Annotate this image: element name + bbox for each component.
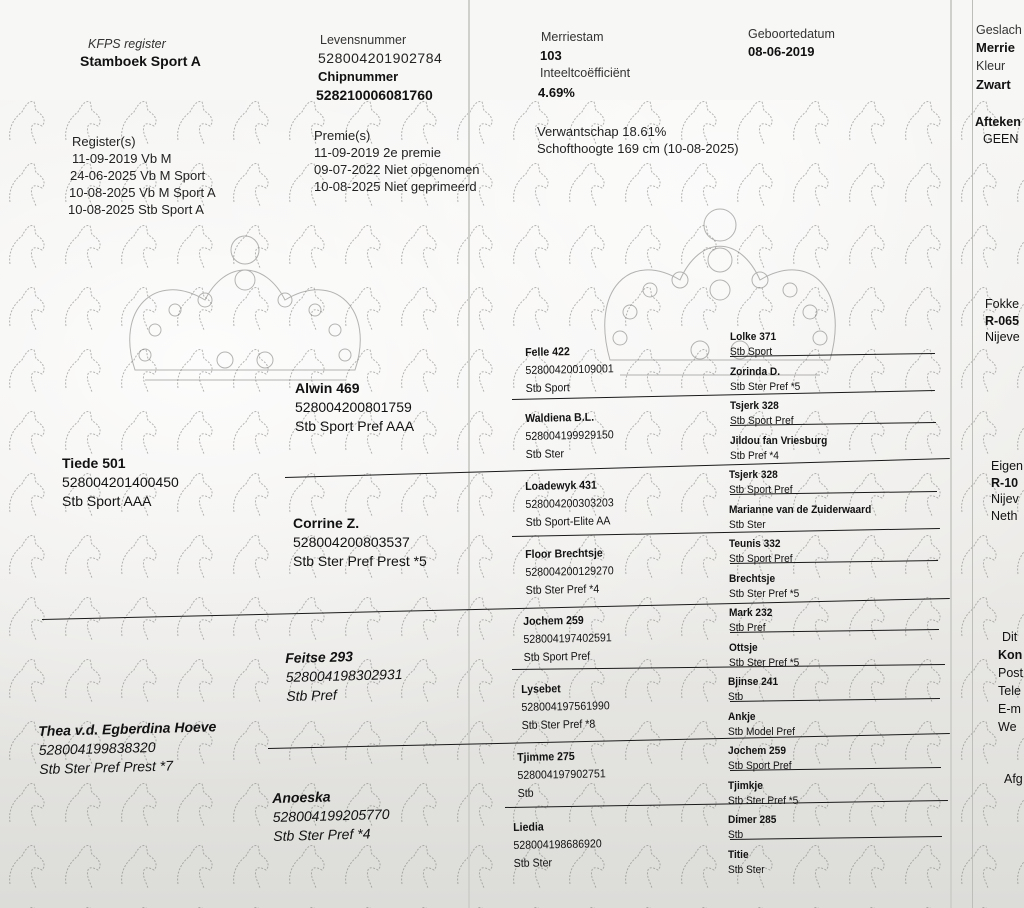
gen3-horse: Waldiena B.L.528004199929150Stb Ster — [525, 408, 614, 464]
gen4-name: Tsjerk 328 — [729, 468, 793, 483]
gen4-name: Ankje — [728, 710, 795, 725]
register-label: KFPS register — [88, 37, 166, 51]
gen3-number: 528004197561990 — [521, 697, 610, 717]
schofthoogte: Schofthoogte 169 cm (10-08-2025) — [537, 140, 739, 157]
registers-section: Register(s) 11-09-2019 Vb M 24-06-2025 V… — [72, 133, 216, 218]
dam-dam-predicate: Stb Ster Pref *4 — [273, 824, 390, 846]
gen4-predicate: Stb Sport Pref — [728, 759, 792, 774]
registers-title: Register(s) — [72, 133, 216, 150]
gen3-horse: Floor Brechtsje528004200129270Stb Ster P… — [525, 544, 614, 600]
geboortedatum-value: 08-06-2019 — [748, 44, 815, 59]
gen4-name: Bjinse 241 — [728, 675, 778, 690]
gen4-predicate: Stb Pref — [729, 621, 772, 636]
register-item: 10-08-2025 Stb Sport A — [68, 201, 216, 218]
premie-item: 10-08-2025 Niet geprimeerd — [314, 178, 480, 195]
gen3-name: Jochem 259 — [523, 611, 612, 631]
crown-watermark-icon — [115, 230, 375, 400]
levensnummer-label: Levensnummer — [320, 33, 406, 47]
gen3-number: 528004198686920 — [513, 835, 602, 855]
verwantschap: Verwantschap 18.61% — [537, 123, 739, 140]
gen4-name: Lolke 371 — [730, 330, 776, 345]
gen3-name: Felle 422 — [525, 342, 614, 362]
gen4-name: Tsjerk 328 — [730, 399, 794, 414]
gen3-predicate: Stb Ster — [526, 444, 615, 464]
gen3-horse: Liedia528004198686920Stb Ster — [513, 817, 602, 873]
premie-item: 09-07-2022 Niet opgenomen — [314, 161, 480, 178]
footer-line: Dit — [1002, 628, 1023, 646]
sire-sire-name: Alwin 469 — [295, 379, 414, 398]
afgifte-label: Afg — [1004, 771, 1023, 788]
gen4-name: Jildou fan Vriesburg — [730, 434, 827, 449]
kleur-label: Kleur — [976, 59, 1005, 73]
gen3-name: Lysebet — [521, 679, 610, 699]
sire-sire-number: 528004200801759 — [295, 398, 414, 417]
footer-line: E-m — [998, 700, 1023, 718]
sire-dam-predicate: Stb Ster Pref Prest *5 — [293, 552, 427, 571]
fold-line — [972, 0, 973, 908]
gen4-name: Dimer 285 — [728, 813, 776, 828]
gen4-name: Marianne van de Zuiderwaard — [729, 503, 871, 518]
gen4-horse: Jildou fan VriesburgStb Pref *4 — [730, 434, 827, 464]
register-item: 24-06-2025 Vb M Sport — [70, 167, 216, 184]
eigenaar-label: Eigen — [991, 458, 1023, 475]
gen4-name: Teunis 332 — [729, 537, 793, 552]
inteelt-label: Inteeltcoëfficiënt — [540, 66, 630, 80]
sire-dam-name: Corrine Z. — [293, 514, 427, 533]
register-item: 11-09-2019 Vb M — [72, 150, 216, 167]
dam-dam-number: 528004199205770 — [272, 805, 389, 827]
sire-name: Tiede 501 — [62, 454, 179, 473]
sire-dam-number: 528004200803537 — [293, 533, 427, 552]
eigenaar-country: Neth — [991, 508, 1023, 525]
register-item: 10-08-2025 Vb M Sport A — [69, 184, 216, 201]
gen3-predicate: Stb Sport — [526, 378, 615, 398]
eigenaar-code: R-10 — [991, 475, 1023, 492]
gen4-predicate: Stb Ster — [728, 863, 765, 878]
pedigree-dam-dam: Anoeska 528004199205770 Stb Ster Pref *4 — [272, 786, 390, 846]
pedigree-sire-dam: Corrine Z. 528004200803537 Stb Ster Pref… — [293, 514, 427, 571]
gen4-predicate: Stb Sport Pref — [729, 483, 793, 498]
gen4-name: Brechtsje — [729, 572, 799, 587]
certificate-paper: KFPS register Stamboek Sport A Levensnum… — [0, 0, 1024, 908]
gen3-name: Tjimme 275 — [517, 747, 606, 767]
gen3-number: 528004200129270 — [525, 562, 614, 582]
gen3-horse: Felle 422528004200109001Stb Sport — [525, 342, 614, 398]
gen3-horse: Tjimme 275528004197902751Stb — [517, 747, 606, 803]
gen4-horse: Marianne van de ZuiderwaardStb Ster — [729, 503, 871, 533]
gen4-horse: Zorinda D.Stb Ster Pref *5 — [730, 365, 800, 395]
aftekening-value: GEEN — [983, 131, 1021, 148]
eigenaar-section: Eigen R-10 Nijev Neth — [991, 458, 1023, 524]
gen3-number: 528004200109001 — [525, 360, 614, 380]
footer-line: We — [998, 718, 1023, 736]
aftekening-label: Afteken — [975, 114, 1021, 131]
gen3-predicate: Stb Sport-Elite AA — [526, 512, 615, 532]
gen4-predicate: Stb Sport Pref — [729, 552, 793, 567]
gen4-horse: AnkjeStb Model Pref — [728, 710, 795, 740]
sire-number: 528004201400450 — [62, 473, 179, 492]
gen3-predicate: Stb Sport Pref — [524, 647, 613, 667]
gen4-predicate: Stb Sport Pref — [730, 414, 794, 429]
dam-sire-number: 528004198302931 — [285, 665, 402, 687]
gen3-name: Loadewyk 431 — [525, 476, 614, 496]
gen3-number: 528004197402591 — [523, 629, 612, 649]
gen4-name: Tjimkje — [728, 779, 798, 794]
gen4-horse: BrechtsjeStb Ster Pref *5 — [729, 572, 799, 602]
fold-line — [950, 0, 952, 908]
gen4-name: Mark 232 — [729, 606, 772, 621]
gen3-predicate: Stb Ster — [514, 853, 603, 873]
chipnummer-label: Chipnummer — [318, 69, 398, 84]
gen4-name: Ottsje — [729, 641, 799, 656]
fokker-section: Fokke R-065 Nijeve — [985, 296, 1020, 346]
gen4-name: Zorinda D. — [730, 365, 800, 380]
gen3-horse: Jochem 259528004197402591Stb Sport Pref — [523, 611, 612, 667]
crown-watermark-icon — [590, 200, 850, 400]
premie-item: 11-09-2019 2e premie — [314, 144, 480, 161]
gen3-predicate: Stb Ster Pref *8 — [522, 715, 611, 735]
gen3-horse: Lysebet528004197561990Stb Ster Pref *8 — [521, 679, 610, 735]
dam-sire-predicate: Stb Pref — [286, 684, 403, 706]
gen3-name: Waldiena B.L. — [525, 408, 614, 428]
gen4-predicate: Stb — [728, 690, 778, 705]
premies-title: Premie(s) — [314, 127, 480, 144]
footer-contact-section: Dit Kon Post Tele E-m We — [998, 628, 1023, 736]
gen4-name: Jochem 259 — [728, 744, 792, 759]
aftekening-section: Afteken GEEN — [975, 114, 1021, 147]
gen3-number: 528004199929150 — [525, 426, 614, 446]
gen4-name: Titie — [728, 848, 765, 863]
gen4-predicate: Stb Sport — [730, 345, 776, 360]
merriestam-label: Merriestam — [541, 30, 604, 44]
gen3-name: Floor Brechtsje — [525, 544, 614, 564]
pedigree-dam: Thea v.d. Egberdina Hoeve 52800419983832… — [38, 717, 218, 779]
footer-line: Post — [998, 664, 1023, 682]
gen3-number: 528004200303203 — [525, 494, 614, 514]
merriestam-value: 103 — [540, 48, 562, 63]
gen3-number: 528004197902751 — [517, 765, 606, 785]
pedigree-sire: Tiede 501 528004201400450 Stb Sport AAA — [62, 454, 179, 511]
geslacht-value: Merrie — [976, 40, 1015, 55]
stats-section: Verwantschap 18.61% Schofthoogte 169 cm … — [537, 123, 739, 157]
gen4-predicate: Stb — [728, 828, 776, 843]
gen3-predicate: Stb Ster Pref *4 — [526, 580, 615, 600]
pedigree-sire-sire: Alwin 469 528004200801759 Stb Sport Pref… — [295, 379, 414, 436]
sire-predicate: Stb Sport AAA — [62, 492, 179, 511]
register-value: Stamboek Sport A — [80, 53, 201, 69]
gen4-predicate: Stb Ster Pref *5 — [728, 794, 798, 809]
pedigree-dam-sire: Feitse 293 528004198302931 Stb Pref — [285, 646, 403, 706]
levensnummer-value: 528004201902784 — [318, 50, 442, 66]
fokker-code: R-065 — [985, 313, 1020, 330]
gen4-predicate: Stb Ster Pref *5 — [729, 587, 799, 602]
eigenaar-place: Nijev — [991, 491, 1023, 508]
gen3-predicate: Stb — [518, 783, 607, 803]
fokker-place: Nijeve — [985, 329, 1020, 346]
premies-section: Premie(s) 11-09-2019 2e premie 09-07-202… — [314, 127, 480, 195]
gen3-name: Liedia — [513, 817, 602, 837]
footer-line: Kon — [998, 646, 1023, 664]
geslacht-label: Geslach — [976, 23, 1022, 37]
fokker-label: Fokke — [985, 296, 1020, 313]
gen3-horse: Loadewyk 431528004200303203Stb Sport-Eli… — [525, 476, 614, 532]
kleur-value: Zwart — [976, 77, 1011, 92]
chipnummer-value: 528210006081760 — [316, 87, 433, 103]
footer-line: Tele — [998, 682, 1023, 700]
sire-sire-predicate: Stb Sport Pref AAA — [295, 417, 414, 436]
gen4-horse: TitieStb Ster — [728, 848, 765, 878]
geboortedatum-label: Geboortedatum — [748, 27, 835, 41]
inteelt-value: 4.69% — [538, 85, 575, 100]
gen4-predicate: Stb Ster Pref *5 — [729, 656, 799, 671]
